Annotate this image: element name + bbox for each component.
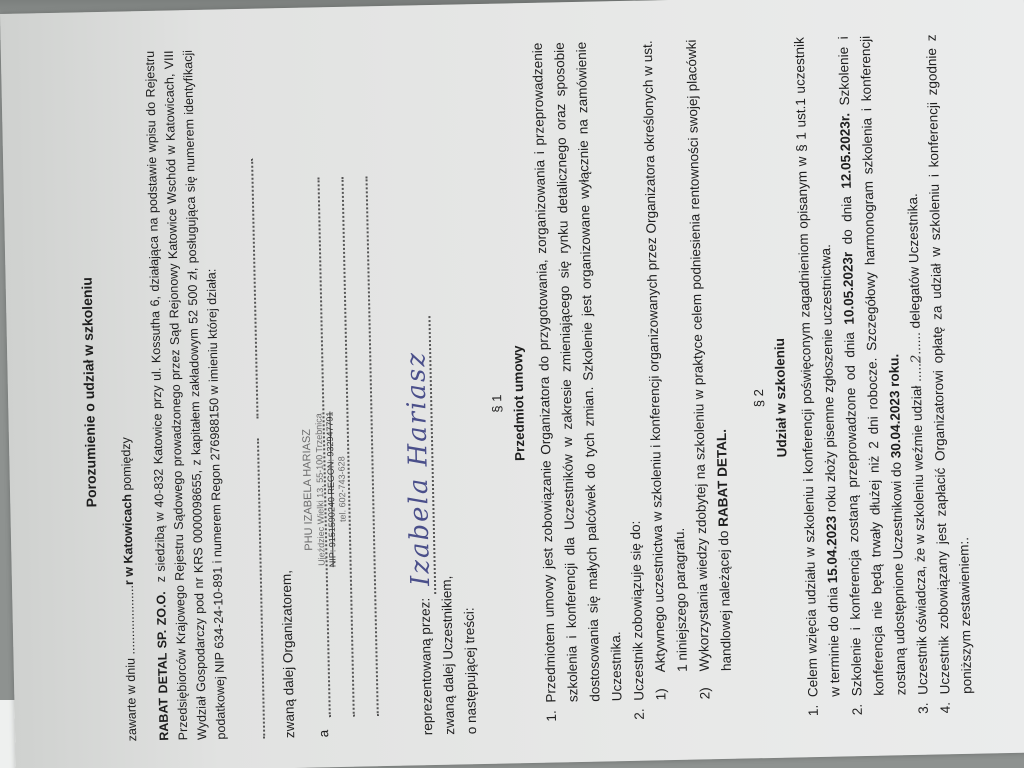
agreement-document: Porozumienie o udział w szkoleniu zawart… [71, 35, 946, 768]
represented-by-label: reprezentowaną przez: [414, 598, 439, 736]
signatory-blank-2 [235, 159, 258, 419]
date-prefix: zawarte w dniu [123, 654, 139, 741]
handwritten-signature-name: Izabela Hariasz [402, 316, 436, 595]
item-text: Szkolenie i konferencja zostaną przeprow… [842, 325, 865, 697]
section-1-item-2: Uczestnik zobowiązuje się do: 1) Aktywne… [615, 39, 739, 705]
bold-date: 12.05.2023r. [837, 113, 854, 189]
participant-stamp-lines: PHU IZABELA HARIASZ Ujeździec Wielki 13,… [299, 46, 385, 717]
signatory-blank-1 [241, 439, 265, 739]
handwritten-delegate-count: 2 [908, 354, 924, 363]
item-text: roku złoży pisemne zgłoszenie uczestnict… [818, 244, 839, 516]
organizer-alias: zwaną dalej Organizatorem, [265, 48, 301, 738]
company-stamp: PHU IZABELA HARIASZ Ujeździec Wielki 13,… [300, 411, 349, 568]
participant-block: a PHU IZABELA HARIASZ Ujeździec Wielki 1… [299, 46, 385, 737]
signatory-blank-lines [233, 49, 265, 739]
paper-sheet: Porozumienie o udział w szkoleniu zawart… [0, 0, 1024, 768]
connector-a: a [313, 717, 335, 737]
item-text: do dnia [839, 189, 855, 252]
bold-date: 30.04.2023 roku. [886, 354, 903, 459]
document-title: Porozumienie o udział w szkoleniu [71, 52, 107, 732]
subitem-number: 2) [694, 671, 739, 700]
section-1-item-1-text: Przedmiotem umowy jest zobowiązanie Orga… [530, 42, 625, 703]
organizer-party: RABAT DETAL SP. ZO.O. z siedzibą w 40-83… [141, 49, 231, 740]
bold-date: 15.04.2023 [824, 516, 840, 584]
section-1-sublist: 1) Aktywnego uczestnictwa w szkoleniu i … [637, 39, 739, 701]
date-blank: .................... [122, 585, 137, 655]
date-line: zawarte w dniu ....................r w K… [107, 51, 143, 741]
subitem-number: 1) [650, 672, 695, 701]
bold-date: 10.05.2023r [840, 252, 857, 325]
section-1-item-1: Przedmiotem umowy jest zobowiązanie Orga… [527, 41, 629, 707]
date-suffix: pomiędzy [119, 437, 134, 494]
participant-line-3 [349, 176, 378, 716]
organizer-name: RABAT DETAL SP. ZO.O. [154, 591, 171, 741]
subitem-text-body: Wykorzystania wiedzy zdobytej na szkolen… [684, 39, 734, 671]
section-1-item-2-text: Uczestnik zobowiązuje się do: [628, 521, 647, 701]
item-text: Uczestnik oświadcza, że w szkoleniu weźm… [909, 363, 931, 695]
subitem-bold-company: RABAT DETAL. [714, 429, 731, 527]
section-2-list: Celem wzięcia udziału w szkoleniu i konf… [789, 34, 979, 728]
date-place: r w Katowicach [120, 494, 136, 585]
section-1-list: Przedmiotem umowy jest zobowiązanie Orga… [527, 39, 739, 733]
item-text: ...... delegatów Uczestnika. [905, 193, 923, 355]
